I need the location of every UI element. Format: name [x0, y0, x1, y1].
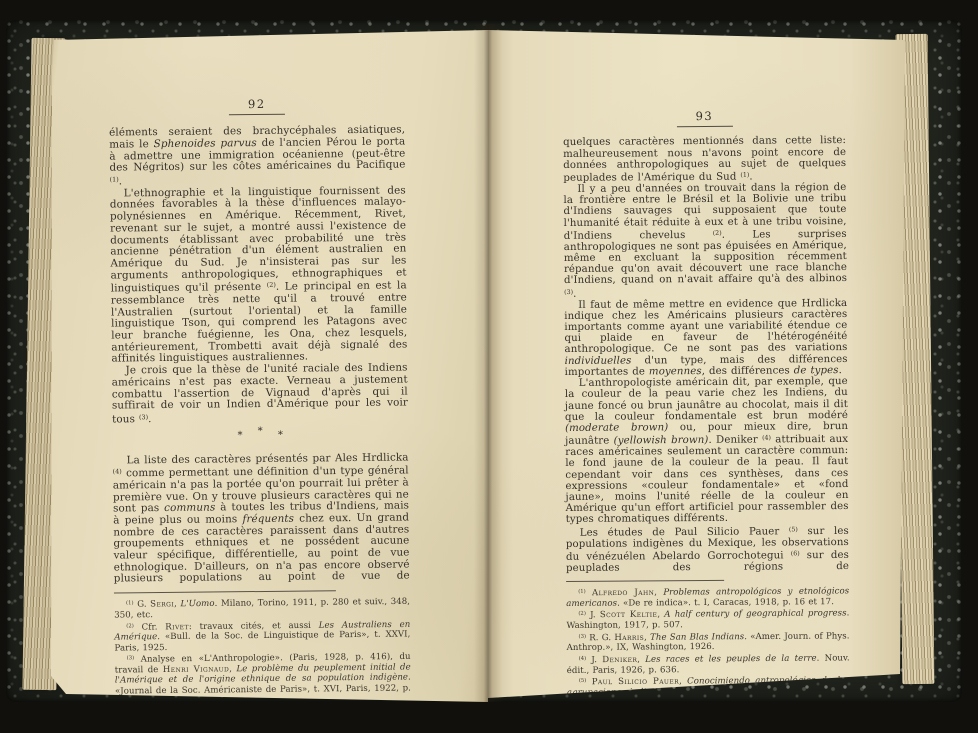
page-left-body-top: éléments seraient des brachycéphales asi… [109, 125, 408, 426]
asterisk: * [238, 430, 243, 441]
paragraph: (2) J. Scott Keltie, A half century of g… [566, 607, 849, 631]
paragraph: (1) G. Sergi, L'Uomo. Milano, Torino, 19… [114, 596, 410, 621]
page-right-footnotes: (1) Alfredo Jahn, Problemas antropológic… [566, 585, 850, 731]
paragraph: quelques caractères mentionnés dans cett… [563, 135, 846, 184]
page-right-body: quelques caractères mentionnés dans cett… [563, 135, 849, 574]
asterisk: * [278, 429, 283, 440]
paragraph: La liste des caractères présentés par Al… [112, 452, 409, 586]
footnote-rule-left [114, 590, 336, 594]
paragraph: Il y a peu d'années on trouvait dans la … [563, 182, 847, 300]
paragraph: Il faut de même mettre en evidence que H… [564, 298, 848, 378]
footnote-rule-right [566, 580, 724, 582]
page-left: 92 éléments seraient des brachycéphales … [46, 26, 488, 702]
asterism-separator: * * * [112, 428, 408, 444]
page-number-right: 93 [563, 109, 846, 124]
paragraph: (4) The genesis of the American Indian, … [115, 704, 411, 719]
paragraph: L'anthropologiste américain dit, par exe… [565, 376, 849, 525]
paragraph: Les études de Paul Silicio Pauer (5) sur… [566, 524, 849, 574]
page-left-text: 92 éléments seraient des brachycéphales … [109, 96, 411, 718]
page-number-rule-left [229, 114, 285, 116]
page-right-text: 93 quelques caractères mentionnés dans c… [563, 109, 850, 731]
paragraph: (3) R. G. Harris, The San Blas Indians. … [566, 630, 849, 654]
paragraph: (2) Cfr. Rivet: travaux cités, et aussi … [114, 618, 410, 654]
paragraph: éléments seraient des brachycéphales asi… [109, 125, 406, 189]
page-number-left: 92 [109, 96, 405, 112]
paragraph: (1) Alfredo Jahn, Problemas antropológic… [566, 585, 849, 609]
asterisk: * [258, 426, 263, 437]
paragraph: Je crois que la thèse de l'unité raciale… [112, 363, 409, 427]
paragraph: L'ethnographie et la linguistique fourni… [110, 185, 408, 366]
paragraph: (4) J. Deniker, Les races et les peuples… [567, 652, 850, 676]
page-number-rule-right [676, 126, 732, 128]
page-right: 93 quelques caractères mentionnés dans c… [488, 26, 908, 702]
page-left-body-bottom: La liste des caractères présentés par Al… [112, 452, 409, 586]
open-book-scan: 92 éléments seraient des brachycéphales … [0, 0, 978, 733]
paragraph: (6) Abelardo Garrochotegui, Viage a las … [567, 707, 850, 731]
